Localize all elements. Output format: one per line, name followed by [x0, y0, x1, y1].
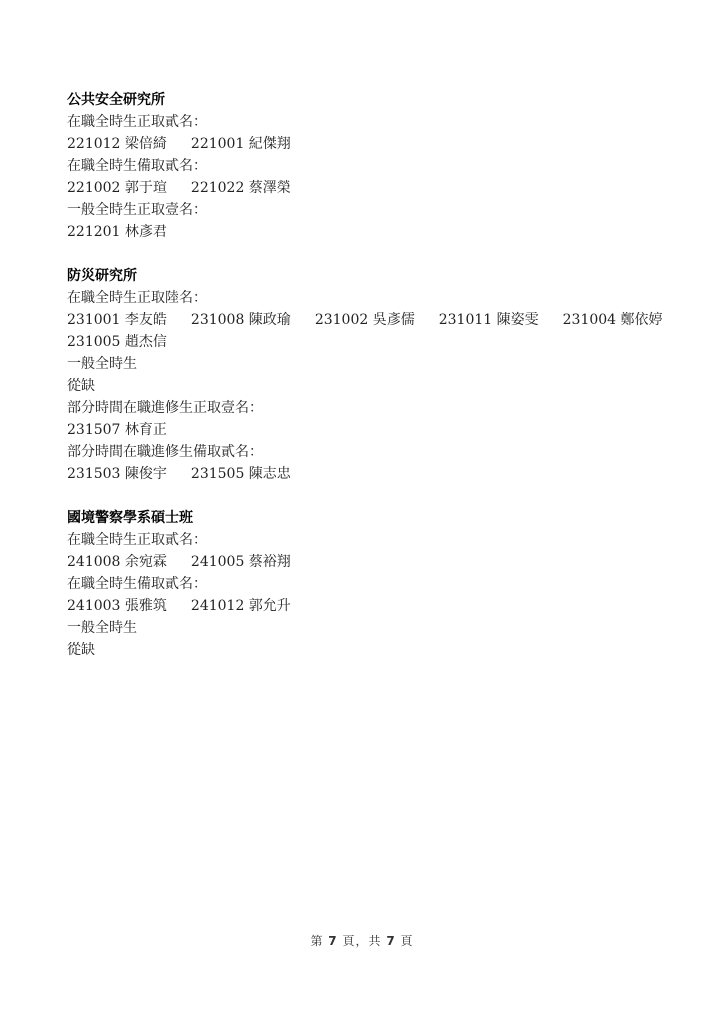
document-body: 公共安全研究所 在職全時生正取貳名： 221012 梁倍綺221001 紀傑翔 …	[67, 89, 687, 683]
section-public-safety: 公共安全研究所 在職全時生正取貳名： 221012 梁倍綺221001 紀傑翔 …	[67, 89, 687, 243]
list-item: 從缺	[67, 639, 95, 661]
list-item: 231507 林育正	[67, 419, 167, 441]
list-item: 231505 陳志忠	[191, 463, 291, 485]
entry-row: 221201 林彥君	[67, 221, 687, 243]
entry-row: 221002 郭于瑄221022 蔡澤榮	[67, 177, 687, 199]
list-item: 241008 余宛霖	[67, 551, 167, 573]
list-item: 231002 吳彥儒	[315, 309, 415, 331]
entry-row: 231507 林育正	[67, 419, 687, 441]
entry-row: 231005 趙杰信	[67, 331, 687, 353]
entry-row: 231001 李友皓231008 陳政瑜231002 吳彥儒231011 陳姿雯…	[67, 309, 687, 331]
entry-row: 231503 陳俊宇231505 陳志忠	[67, 463, 687, 485]
list-item: 221012 梁倍綺	[67, 133, 167, 155]
list-item: 從缺	[67, 375, 95, 397]
footer-mid: 頁，共	[342, 934, 381, 948]
section-border-police: 國境警察學系碩士班 在職全時生正取貳名： 241008 余宛霖241005 蔡裕…	[67, 507, 687, 661]
group-label: 在職全時生正取貳名：	[67, 529, 687, 551]
group-label: 一般全時生	[67, 353, 687, 375]
document-page: 公共安全研究所 在職全時生正取貳名： 221012 梁倍綺221001 紀傑翔 …	[0, 0, 724, 1024]
list-item: 221022 蔡澤榮	[191, 177, 291, 199]
list-item: 221002 郭于瑄	[67, 177, 167, 199]
list-item: 241012 郭允升	[191, 595, 291, 617]
section-disaster-prevention: 防災研究所 在職全時生正取陸名： 231001 李友皓231008 陳政瑜231…	[67, 265, 687, 485]
group-label: 在職全時生備取貳名：	[67, 573, 687, 595]
list-item: 231008 陳政瑜	[191, 309, 291, 331]
section-title: 防災研究所	[67, 265, 687, 287]
list-item: 241003 張雅筑	[67, 595, 167, 617]
group-label: 一般全時生正取壹名：	[67, 199, 687, 221]
section-title: 公共安全研究所	[67, 89, 687, 111]
entry-row: 從缺	[67, 639, 687, 661]
page-footer: 第 7 頁，共 7 頁	[0, 932, 724, 949]
current-page-number: 7	[328, 934, 337, 948]
entry-row: 221012 梁倍綺221001 紀傑翔	[67, 133, 687, 155]
section-title: 國境警察學系碩士班	[67, 507, 687, 529]
list-item: 231004 鄭依婷	[563, 309, 663, 331]
list-item: 231503 陳俊宇	[67, 463, 167, 485]
entry-row: 241008 余宛霖241005 蔡裕翔	[67, 551, 687, 573]
entry-row: 從缺	[67, 375, 687, 397]
list-item: 231001 李友皓	[67, 309, 167, 331]
footer-suffix: 頁	[401, 934, 414, 948]
entry-row: 241003 張雅筑241012 郭允升	[67, 595, 687, 617]
list-item: 241005 蔡裕翔	[191, 551, 291, 573]
list-item: 221201 林彥君	[67, 221, 167, 243]
group-label: 在職全時生正取貳名：	[67, 111, 687, 133]
group-label: 部分時間在職進修生正取壹名：	[67, 397, 687, 419]
group-label: 一般全時生	[67, 617, 687, 639]
total-page-number: 7	[386, 934, 395, 948]
list-item: 221001 紀傑翔	[191, 133, 291, 155]
list-item: 231011 陳姿雯	[439, 309, 539, 331]
group-label: 在職全時生正取陸名：	[67, 287, 687, 309]
group-label: 部分時間在職進修生備取貳名：	[67, 441, 687, 463]
group-label: 在職全時生備取貳名：	[67, 155, 687, 177]
list-item: 231005 趙杰信	[67, 331, 167, 353]
footer-prefix: 第	[310, 934, 323, 948]
